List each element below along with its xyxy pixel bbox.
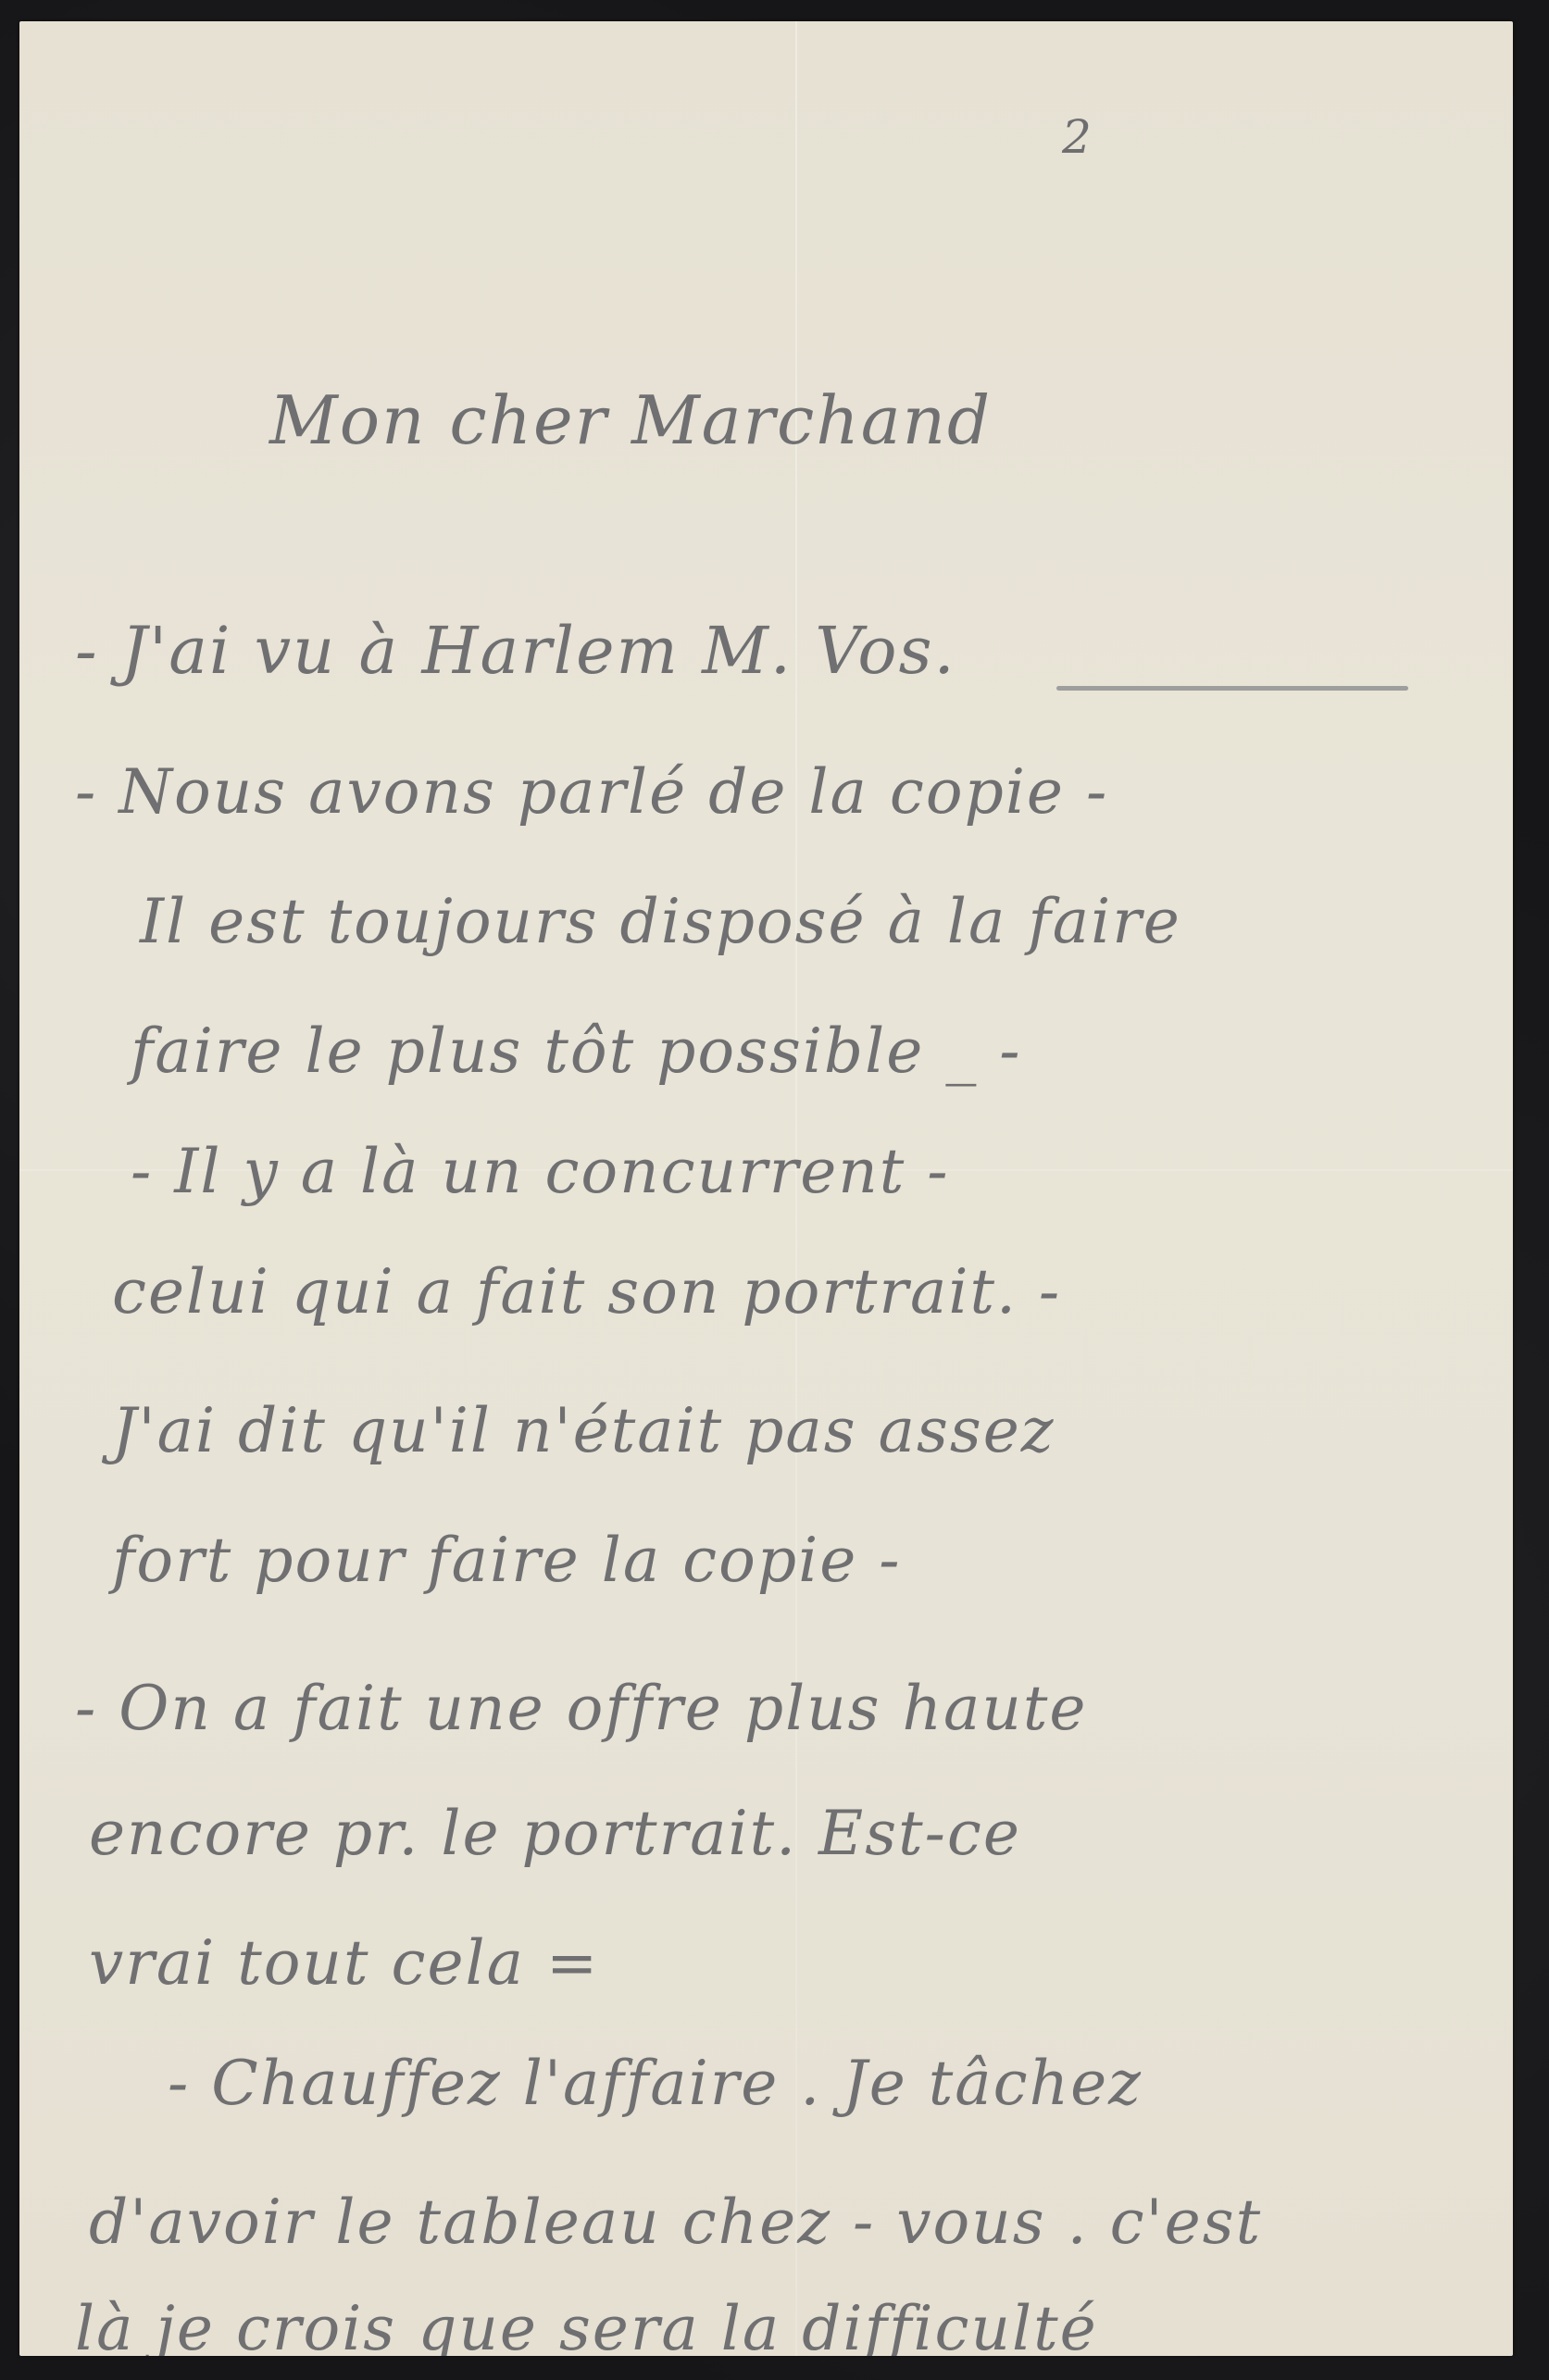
document-viewer: 2 Mon cher Marchand - J'ai vu à Harlem M… <box>0 0 1549 2380</box>
letter-line: celui qui a fait son portrait. - <box>112 1262 1061 1323</box>
letter-line: - Nous avons parlé de la copie - <box>75 762 1108 823</box>
underline-mark <box>1056 686 1408 691</box>
letter-line: vrai tout cela = <box>89 1933 599 1994</box>
letter-line: Il est toujours disposé à la faire <box>140 891 1181 953</box>
letter-line: - Chauffez l'affaire . Je tâchez <box>168 2053 1143 2114</box>
letter-line: - Il y a là un concurrent - <box>131 1141 950 1202</box>
letter-salutation: Mon cher Marchand <box>269 387 992 454</box>
letter-line: - On a fait une offre plus haute <box>75 1678 1087 1739</box>
letter-line: encore pr. le portrait. Est-ce <box>89 1803 1021 1864</box>
letter-line: faire le plus tôt possible _ - <box>131 1021 1022 1082</box>
letter-page: 2 Mon cher Marchand - J'ai vu à Harlem M… <box>19 21 1513 2356</box>
letter-line: J'ai dit qu'il n'était pas assez <box>112 1401 1056 1462</box>
letter-line: - J'ai vu à Harlem M. Vos. <box>75 618 956 683</box>
letter-line: fort pour faire la copie - <box>112 1530 902 1591</box>
letter-line: là je crois que sera la difficulté <box>75 2299 1098 2356</box>
letter-line: d'avoir le tableau chez - vous . c'est <box>89 2192 1262 2253</box>
page-number: 2 <box>1062 114 1092 160</box>
